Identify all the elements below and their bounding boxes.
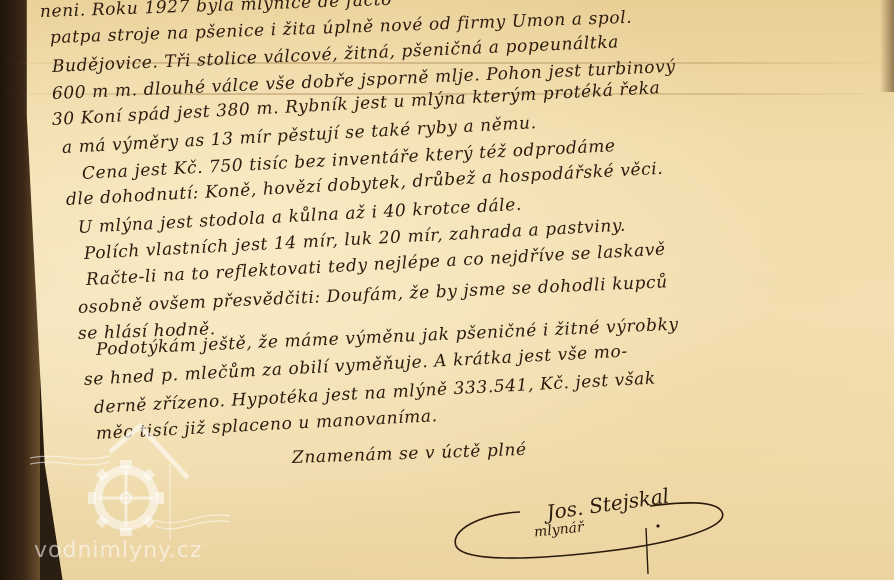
signature: Jos. Stejskal mlynář — [450, 488, 730, 578]
water-mill-wheel-icon — [30, 420, 230, 540]
watermark-text: vodnimlyny.cz — [34, 538, 203, 563]
paper-right-edge-shadow — [880, 0, 894, 92]
watermark: vodnimlyny.cz — [30, 420, 230, 570]
